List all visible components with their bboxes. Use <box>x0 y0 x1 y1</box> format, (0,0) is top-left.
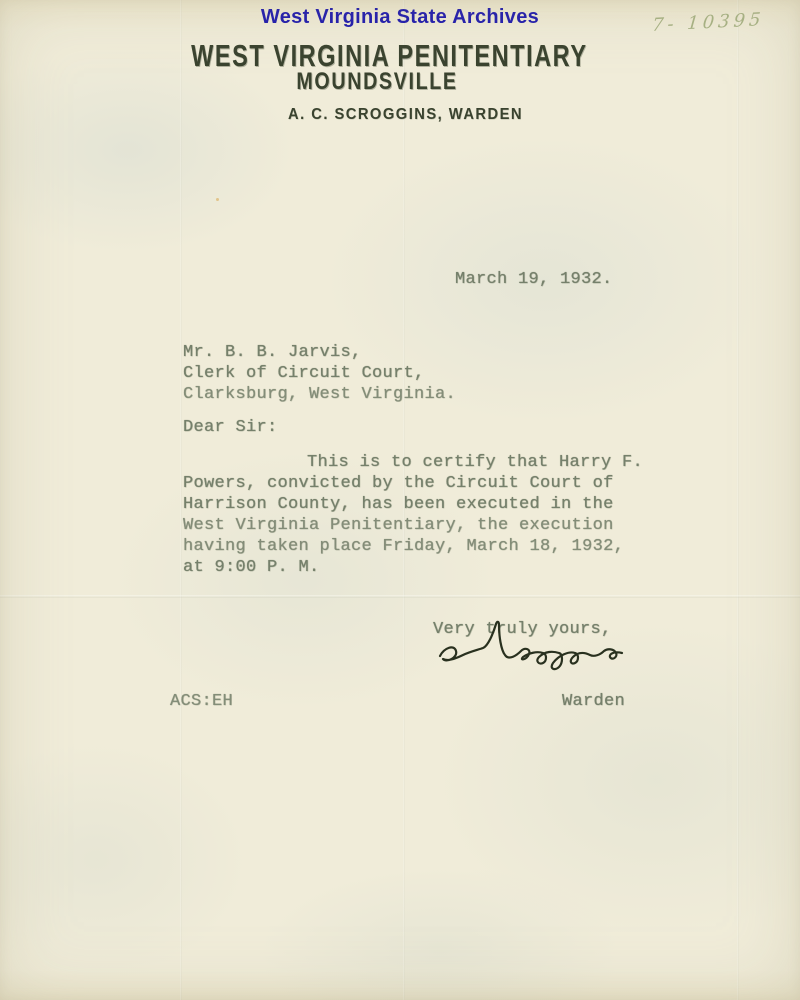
recipient-line-2: Clerk of Circuit Court, <box>183 363 425 384</box>
fold-crease-vertical-right <box>737 0 739 1000</box>
typist-initials: ACS:EH <box>170 691 233 712</box>
letter-document-scan: West Virginia State Archives 7- 10395 WE… <box>0 0 800 1000</box>
letterhead-warden-line: A. C. SCROGGINS, WARDEN <box>38 106 774 124</box>
recipient-line-3: Clarksburg, West Virginia. <box>183 384 456 405</box>
warden-signature <box>434 620 624 672</box>
letter-date: March 19, 1932. <box>455 269 613 290</box>
fold-crease-horizontal <box>0 595 800 598</box>
fold-crease-vertical-left <box>180 0 182 1000</box>
handwritten-catalog-number: 7- 10395 <box>651 9 765 36</box>
salutation: Dear Sir: <box>183 417 278 438</box>
body-line-2: Powers, convicted by the Circuit Court o… <box>183 473 614 494</box>
body-line-3: Harrison County, has been executed in th… <box>183 494 614 515</box>
body-line-4: West Virginia Penitentiary, the executio… <box>183 515 614 536</box>
signer-title: Warden <box>562 691 625 712</box>
body-line-1: This is to certify that Harry F. <box>307 452 643 473</box>
recipient-line-1: Mr. B. B. Jarvis, <box>183 342 362 363</box>
letterhead-city: MOUNDSVILLE <box>49 68 705 96</box>
body-line-5: having taken place Friday, March 18, 193… <box>183 536 624 557</box>
paper-speck <box>216 198 219 201</box>
body-line-6: at 9:00 P. M. <box>183 557 320 578</box>
